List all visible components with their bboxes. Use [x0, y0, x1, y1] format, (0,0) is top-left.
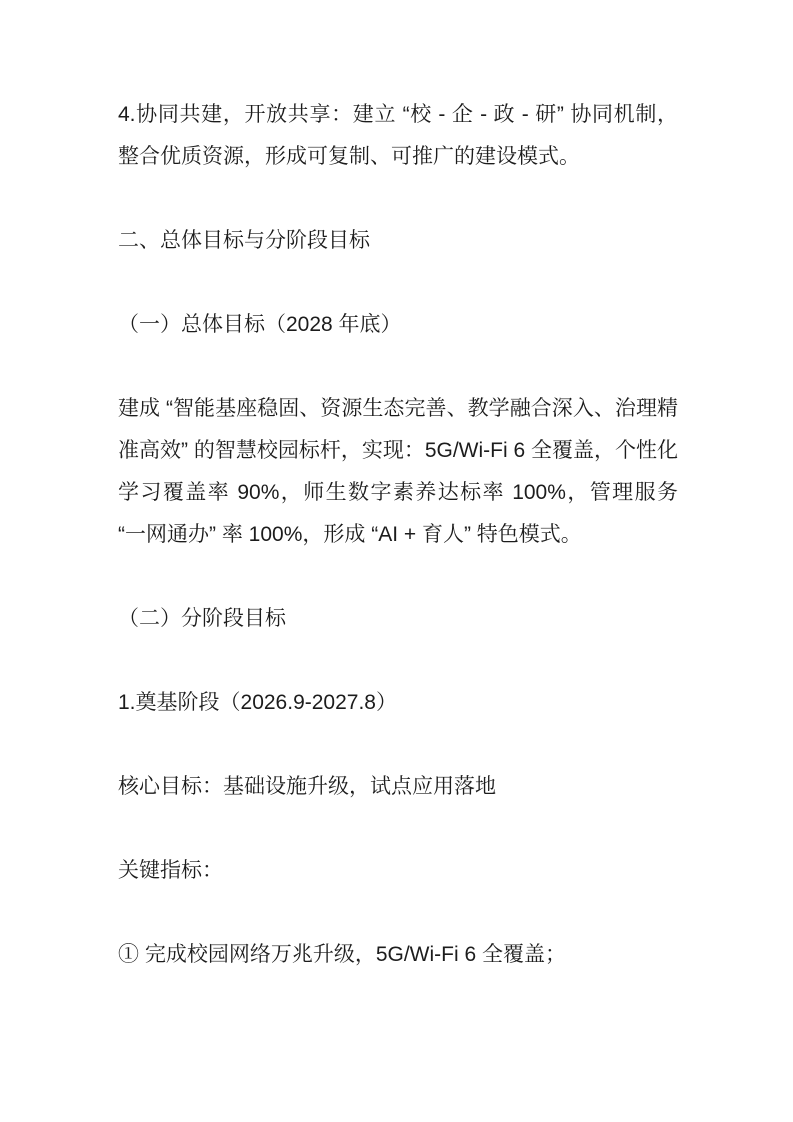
subsection-heading-overall-goal: （一）总体目标（2028 年底）: [118, 304, 678, 346]
subsection-heading-staged-goals: （二）分阶段目标: [118, 598, 678, 640]
section-heading: 二、总体目标与分阶段目标: [118, 220, 678, 262]
document-page: 4.协同共建，开放共享：建立 “校 - 企 - 政 - 研” 协同机制，整合优质…: [0, 0, 793, 1122]
stage-heading-foundation-phase: 1.奠基阶段（2026.9-2027.8）: [118, 682, 678, 724]
body-paragraph-key-indicators-label: 关键指标：: [118, 850, 678, 892]
body-paragraph-core-goal: 核心目标：基础设施升级，试点应用落地: [118, 766, 678, 808]
numbered-body-paragraph: 4.协同共建，开放共享：建立 “校 - 企 - 政 - 研” 协同机制，整合优质…: [118, 94, 678, 178]
list-item-indicator-1: ① 完成校园网络万兆升级，5G/Wi-Fi 6 全覆盖；: [118, 934, 678, 976]
body-paragraph-overall-goal: 建成 “智能基座稳固、资源生态完善、教学融合深入、治理精准高效” 的智慧校园标杆…: [118, 388, 678, 556]
